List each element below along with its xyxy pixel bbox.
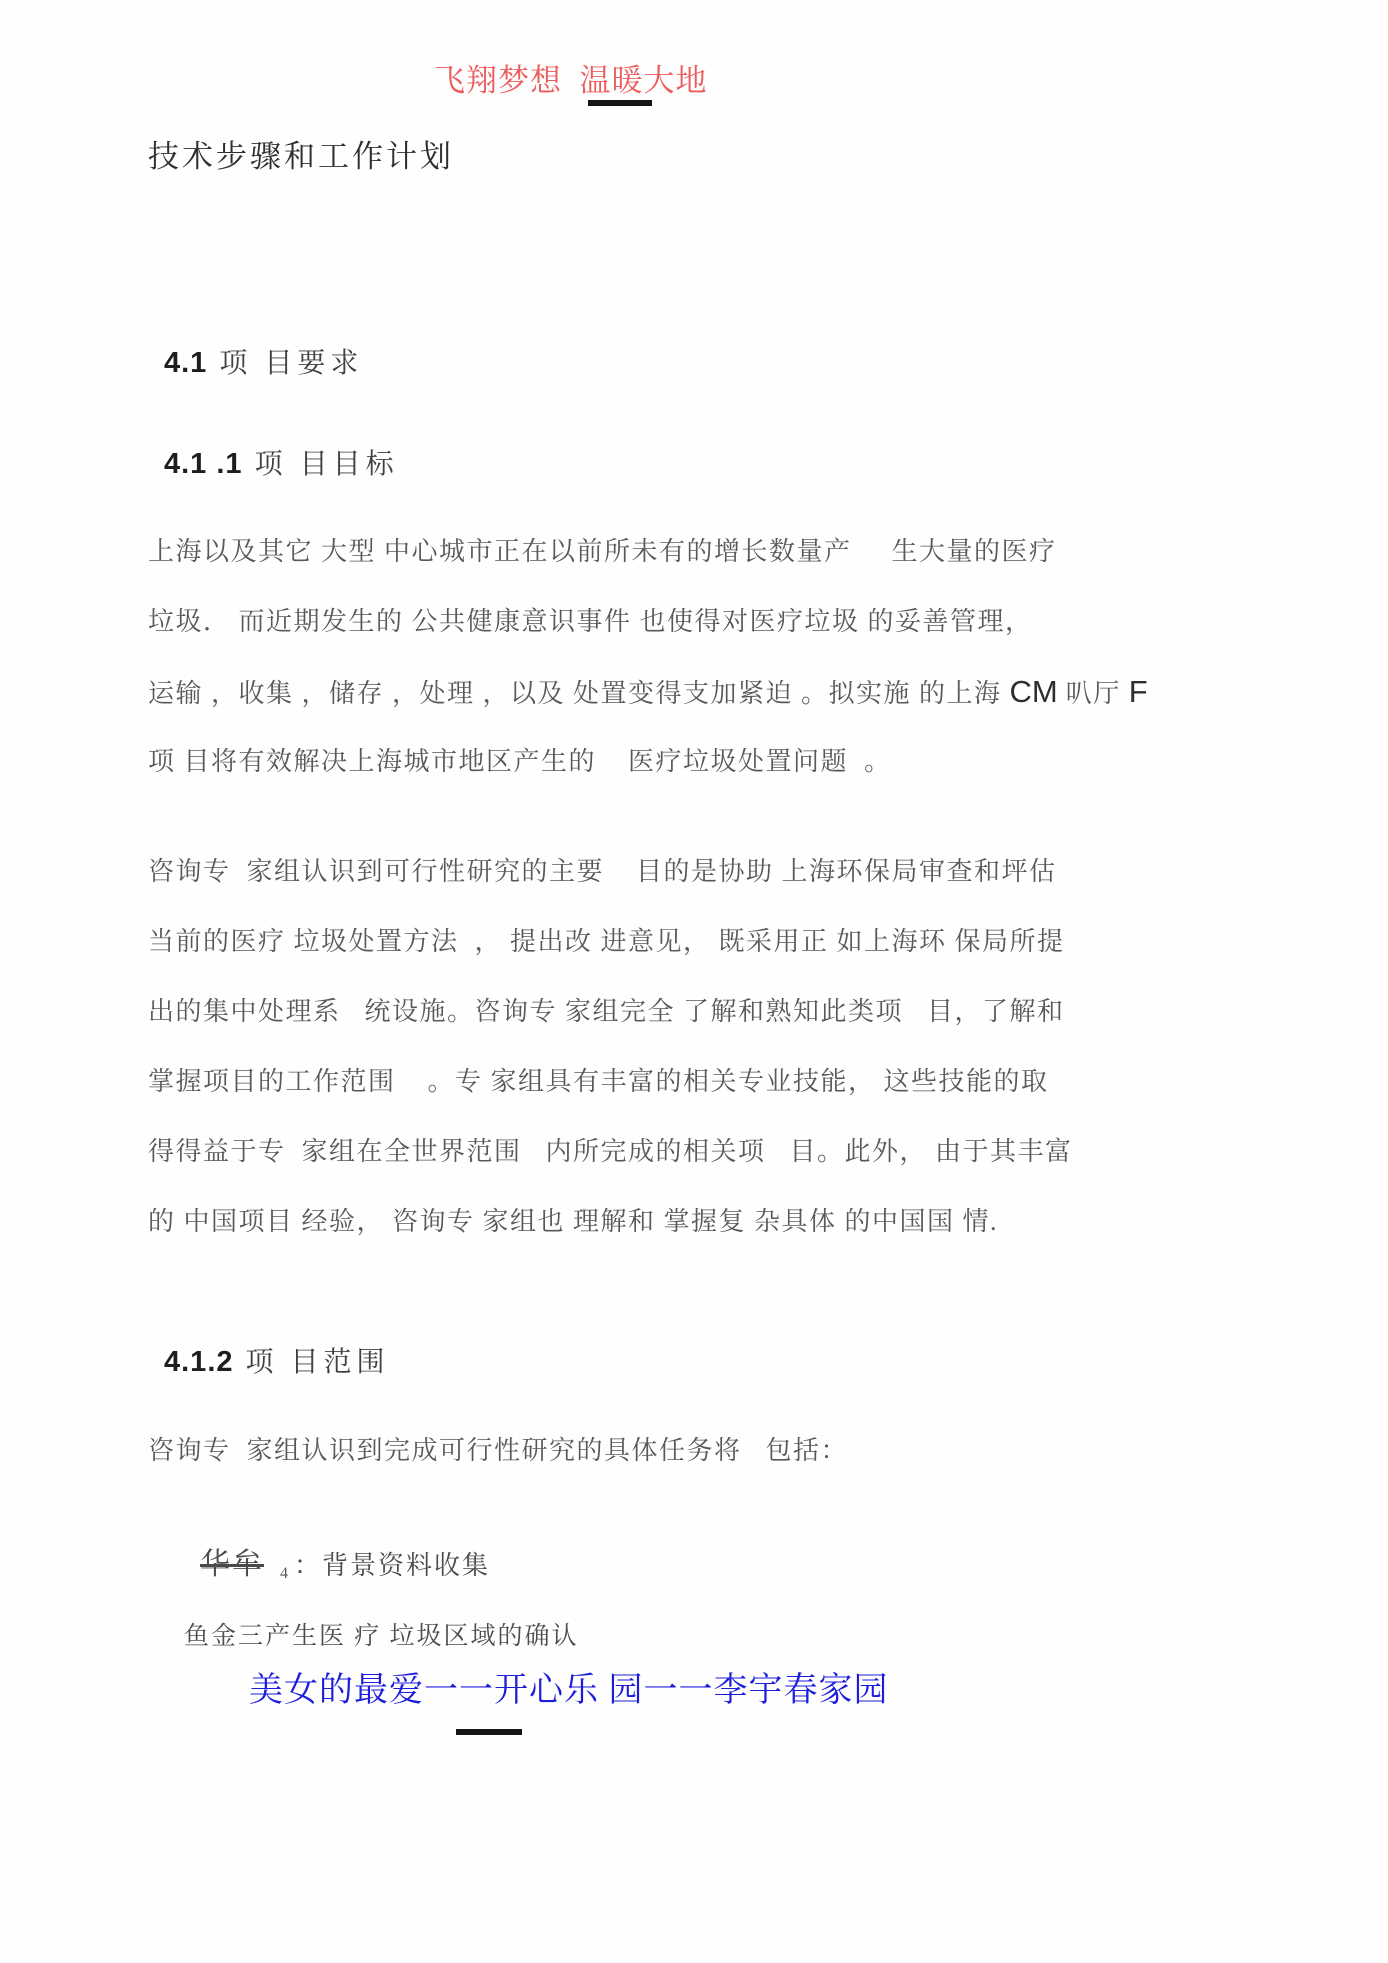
list-item-label: ：背景资料收集 [294,1551,490,1580]
text-line: 运输 ，收集 ，储存 ，处理 ，以及 处置变得支加紧迫 。拟实施 的上海 CM … [148,657,1263,727]
text-line: 得得益于专 家组在全世界范围 内所完成的相关项 目。此外， 由于其丰富 [148,1117,1263,1187]
section-number: 4.1.2 [164,1346,234,1378]
section-number: 4.1 .1 [164,448,243,480]
section-title: 项 目要求 [219,348,363,379]
footer-divider [456,1729,522,1735]
document-page: 飞翔梦想 温暖大地 技术步骤和工作计划 4.1项 目要求 4.1 .1项 目目标… [0,0,1388,1963]
strikethrough-text: 华牟 [200,1548,264,1581]
text-line: 咨询专 家组认识到完成可行性研究的具体任务将 包括： [148,1429,1263,1473]
text-line: 当前的医疗 垃圾处置方法 ， 提出改 进意见， 既采用正 如上海环 保局所提 [148,907,1263,977]
footer-slogan: 美女的最爱一一开心乐 园一一李宇春家园 [249,1662,889,1711]
text-segment: 叭厅 [1058,679,1129,708]
list-item-waste-area: 鱼金三产生医 疗 垃圾区域的确认 [184,1616,579,1652]
text-line: 咨询专 家组认识到可行性研究的主要 目的是协助 上海环保局审查和坪估 [148,837,1263,907]
paragraph-project-scope: 咨询专 家组认识到完成可行性研究的具体任务将 包括： [148,1429,1263,1473]
paragraph-project-goal: 上海以及其它 大型 中心城市正在以前所未有的增长数量产 生大量的医疗 垃圾． 而… [148,517,1263,797]
page-title: 技术步骤和工作计划 [148,131,454,176]
paragraph-consultant-team: 咨询专 家组认识到可行性研究的主要 目的是协助 上海环保局审查和坪估 当前的医疗… [148,837,1263,1257]
section-heading-4-1-1: 4.1 .1项 目目标 [148,424,399,500]
latin-abbrev: CM [1010,674,1058,709]
text-segment: 运输 ，收集 ，储存 ，处理 ，以及 处置变得支加紧迫 。拟实施 的上海 [148,679,1010,708]
section-heading-4-1: 4.1项 目要求 [148,323,363,399]
text-line: 出的集中处理系 统设施。咨询专 家组完全 了解和熟知此类项 目，了解和 [148,977,1263,1047]
text-line: 项 目将有效解决上海城市地区产生的 医疗垃圾处置问题 。 [148,727,1263,797]
latin-abbrev: F [1129,674,1148,709]
section-number: 4.1 [164,347,207,379]
section-title: 项 目目标 [255,449,399,480]
text-line: 的 中国项目 经验， 咨询专 家组也 理解和 掌握复 杂具体 的中国国 情. [148,1187,1263,1257]
header-divider [588,100,652,106]
text-line: 垃圾． 而近期发生的 公共健康意识事件 也使得对医疗垃圾 的妥善管理， [148,587,1263,657]
section-title: 项 目范围 [246,1347,390,1378]
subscript-number: 4 [280,1565,288,1583]
text-line: 掌握项目的工作范围 。专 家组具有丰富的相关专业技能， 这些技能的取 [148,1047,1263,1117]
text-line: 上海以及其它 大型 中心城市正在以前所未有的增长数量产 生大量的医疗 [148,517,1263,587]
section-heading-4-1-2: 4.1.2项 目范围 [148,1322,390,1398]
header-slogan: 飞翔梦想 温暖大地 [434,55,708,100]
list-item-background-data: 华牟4：背景资料收集 [184,1521,490,1601]
